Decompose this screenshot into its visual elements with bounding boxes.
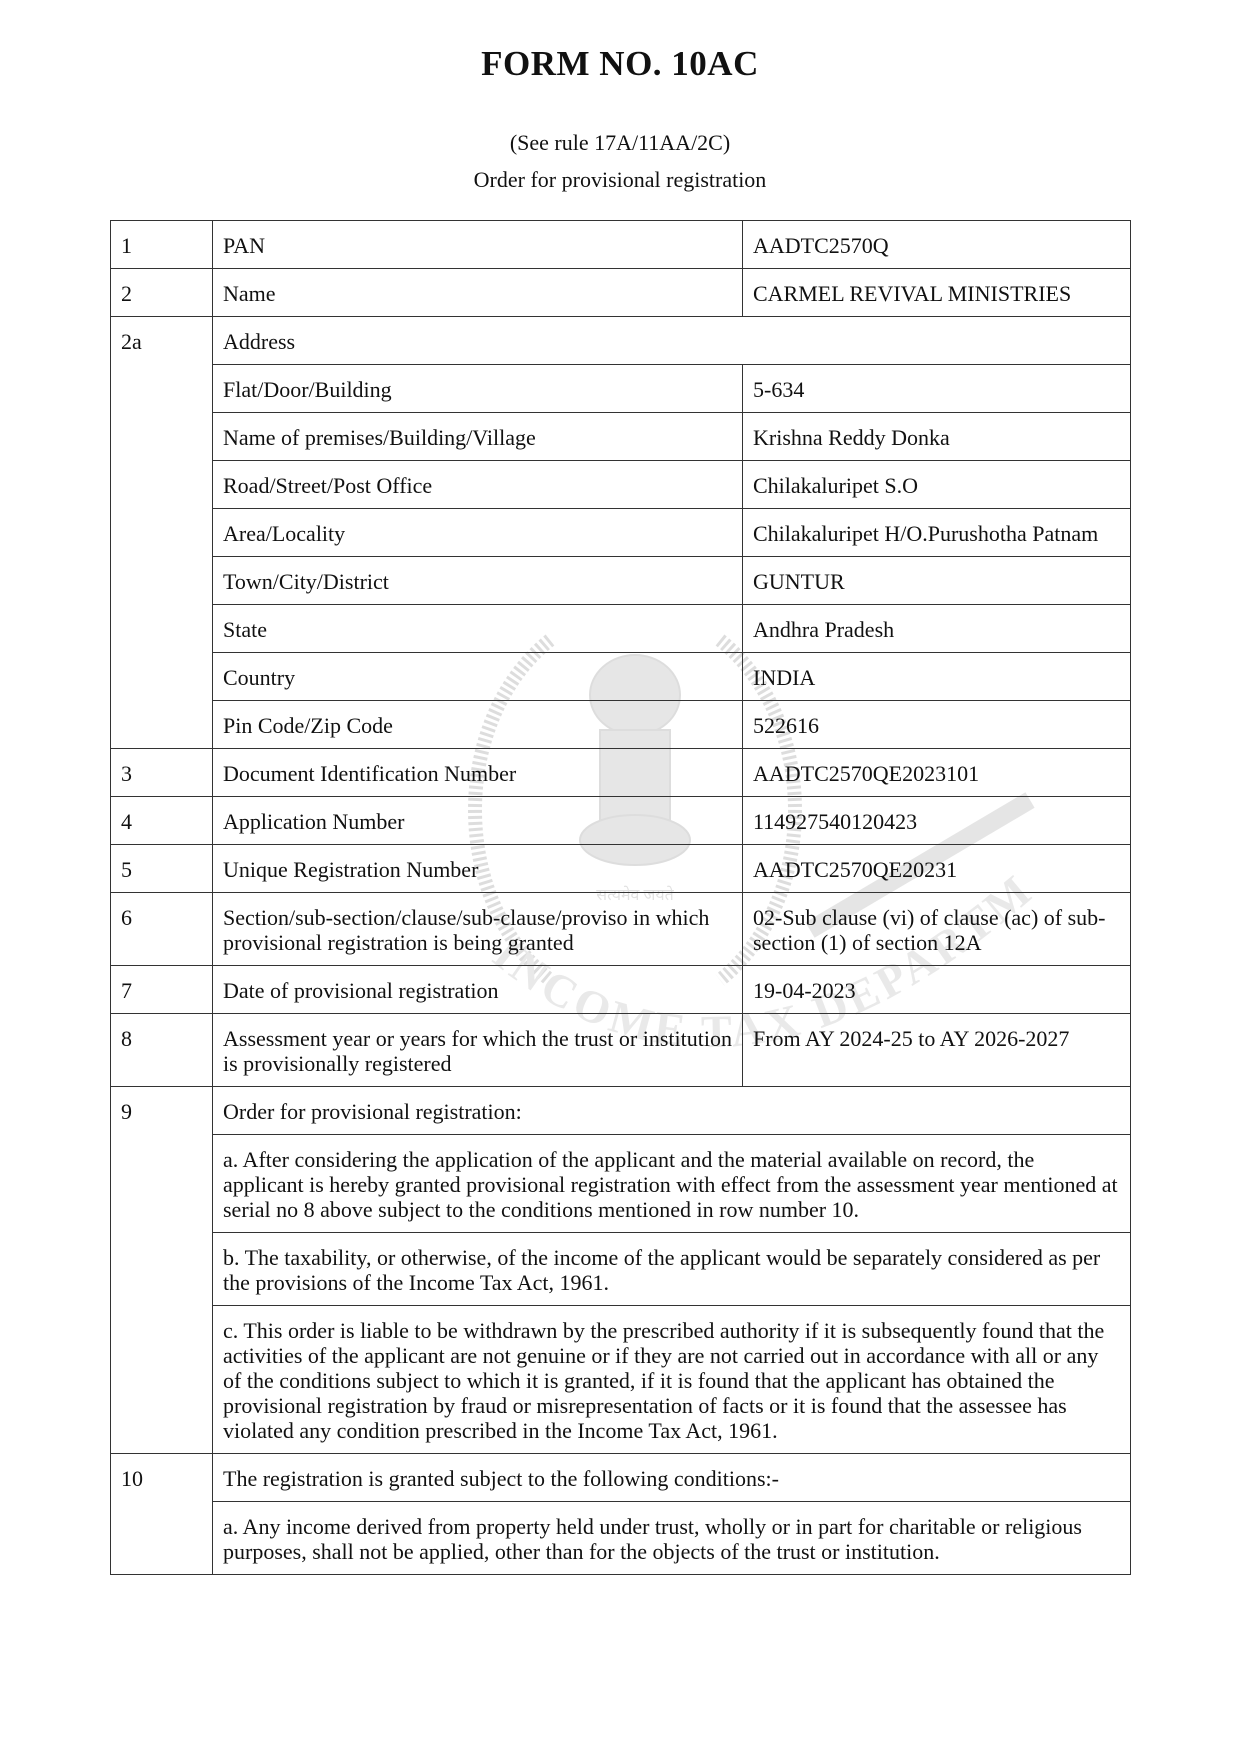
table-row-order-paragraph: b. The taxability, or otherwise, of the … — [111, 1233, 1131, 1306]
application-number-value: 114927540120423 — [743, 797, 1131, 845]
form-title: FORM NO. 10AC — [0, 44, 1240, 84]
table-row-registration-date: 7 Date of provisional registration 19-04… — [111, 966, 1131, 1014]
table-row-order-paragraph: a. After considering the application of … — [111, 1135, 1131, 1233]
field-label: PAN — [213, 221, 743, 269]
assessment-years-value: From AY 2024-25 to AY 2026-2027 — [743, 1014, 1131, 1087]
field-label: Date of provisional registration — [213, 966, 743, 1014]
field-label: Pin Code/Zip Code — [213, 701, 743, 749]
pan-value: AADTC2570Q — [743, 221, 1131, 269]
row-number: 4 — [111, 797, 213, 845]
field-label: Section/sub-section/clause/sub-clause/pr… — [213, 893, 743, 966]
registration-table: 1 PAN AADTC2570Q 2 Name CARMEL REVIVAL M… — [110, 220, 1131, 1575]
field-value: 5-634 — [743, 365, 1131, 413]
field-label: Area/Locality — [213, 509, 743, 557]
table-row-address-field: Name of premises/Building/Village Krishn… — [111, 413, 1131, 461]
field-label: Unique Registration Number — [213, 845, 743, 893]
registration-date-value: 19-04-2023 — [743, 966, 1131, 1014]
row-number: 1 — [111, 221, 213, 269]
field-label: Flat/Door/Building — [213, 365, 743, 413]
table-row-assessment-years: 8 Assessment year or years for which the… — [111, 1014, 1131, 1087]
table-row-address-field: Country INDIA — [111, 653, 1131, 701]
field-label: Town/City/District — [213, 557, 743, 605]
table-row-section: 6 Section/sub-section/clause/sub-clause/… — [111, 893, 1131, 966]
field-label: Application Number — [213, 797, 743, 845]
field-label: Assessment year or years for which the t… — [213, 1014, 743, 1087]
table-row-address-heading: 2a Address — [111, 317, 1131, 365]
table-row-application-number: 4 Application Number 114927540120423 — [111, 797, 1131, 845]
table-row-address-field: Area/Locality Chilakaluripet H/O.Purusho… — [111, 509, 1131, 557]
row-number: 2a — [111, 317, 213, 749]
form-subtitle: Order for provisional registration — [0, 167, 1240, 193]
field-label: Name of premises/Building/Village — [213, 413, 743, 461]
row-number: 7 — [111, 966, 213, 1014]
rule-reference: (See rule 17A/11AA/2C) — [0, 130, 1240, 156]
condition-a: a. Any income derived from property held… — [213, 1502, 1131, 1575]
table-row-address-field: Pin Code/Zip Code 522616 — [111, 701, 1131, 749]
row-number: 10 — [111, 1454, 213, 1575]
table-row-address-field: Flat/Door/Building 5-634 — [111, 365, 1131, 413]
field-label: Country — [213, 653, 743, 701]
conditions-heading: The registration is granted subject to t… — [213, 1454, 1131, 1502]
field-value: Krishna Reddy Donka — [743, 413, 1131, 461]
order-paragraph-a: a. After considering the application of … — [213, 1135, 1131, 1233]
registration-number-value: AADTC2570QE20231 — [743, 845, 1131, 893]
row-number: 6 — [111, 893, 213, 966]
table-row-order-heading: 9 Order for provisional registration: — [111, 1087, 1131, 1135]
table-row-address-field: Road/Street/Post Office Chilakaluripet S… — [111, 461, 1131, 509]
name-value: CARMEL REVIVAL MINISTRIES — [743, 269, 1131, 317]
row-number: 8 — [111, 1014, 213, 1087]
table-row-address-field: State Andhra Pradesh — [111, 605, 1131, 653]
order-paragraph-b: b. The taxability, or otherwise, of the … — [213, 1233, 1131, 1306]
table-row-document-id: 3 Document Identification Number AADTC25… — [111, 749, 1131, 797]
field-value: INDIA — [743, 653, 1131, 701]
table-row-condition: a. Any income derived from property held… — [111, 1502, 1131, 1575]
document-id-value: AADTC2570QE2023101 — [743, 749, 1131, 797]
order-paragraph-c: c. This order is liable to be withdrawn … — [213, 1306, 1131, 1454]
address-heading: Address — [213, 317, 1131, 365]
order-heading: Order for provisional registration: — [213, 1087, 1131, 1135]
field-value: Chilakaluripet S.O — [743, 461, 1131, 509]
table-row-address-field: Town/City/District GUNTUR — [111, 557, 1131, 605]
field-label: Name — [213, 269, 743, 317]
table-row-name: 2 Name CARMEL REVIVAL MINISTRIES — [111, 269, 1131, 317]
row-number: 5 — [111, 845, 213, 893]
row-number: 2 — [111, 269, 213, 317]
field-value: 522616 — [743, 701, 1131, 749]
row-number: 9 — [111, 1087, 213, 1454]
table-row-conditions-heading: 10 The registration is granted subject t… — [111, 1454, 1131, 1502]
row-number: 3 — [111, 749, 213, 797]
field-value: Chilakaluripet H/O.Purushotha Patnam — [743, 509, 1131, 557]
section-value: 02-Sub clause (vi) of clause (ac) of sub… — [743, 893, 1131, 966]
field-label: Road/Street/Post Office — [213, 461, 743, 509]
table-row-pan: 1 PAN AADTC2570Q — [111, 221, 1131, 269]
field-value: GUNTUR — [743, 557, 1131, 605]
table-row-order-paragraph: c. This order is liable to be withdrawn … — [111, 1306, 1131, 1454]
field-value: Andhra Pradesh — [743, 605, 1131, 653]
field-label: Document Identification Number — [213, 749, 743, 797]
field-label: State — [213, 605, 743, 653]
table-row-registration-number: 5 Unique Registration Number AADTC2570QE… — [111, 845, 1131, 893]
